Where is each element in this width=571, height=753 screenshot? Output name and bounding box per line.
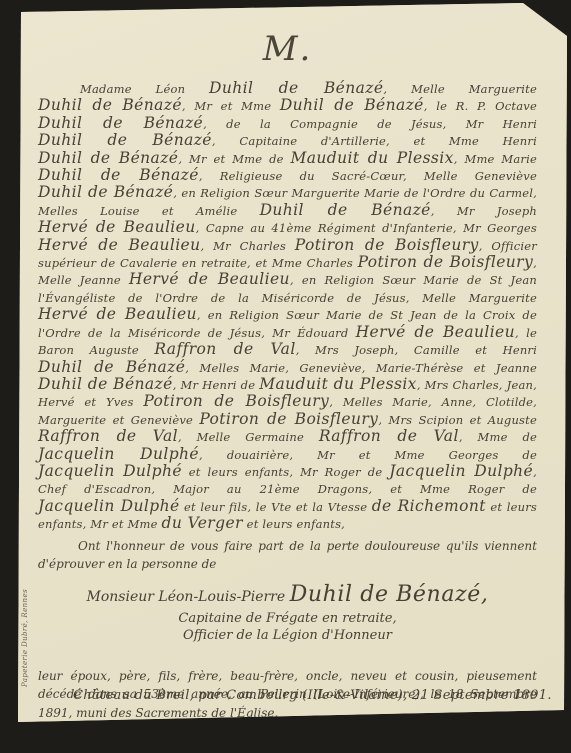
prayer-line: Priez pour lui ! <box>38 726 537 753</box>
dateline: Château du Breil, par Combourg (Ille-&-V… <box>73 688 552 703</box>
printer-mark: Papeterie Dubré, Rennes <box>21 589 29 687</box>
mourning-announcement-card: M. Madame Léon Duhil de Bénazé, Melle Ma… <box>18 3 567 725</box>
deceased-name: Duhil de Bénazé, <box>290 582 489 607</box>
deceased-name-line: Monsieur Léon-Louis-Pierre Duhil de Béna… <box>38 582 537 610</box>
addressee-monogram: M. <box>38 29 537 75</box>
deceased-honor: Officier de la Légion d'Honneur <box>38 627 537 644</box>
relatives-paragraph: Madame Léon Duhil de Bénazé, Melle Margu… <box>38 81 537 534</box>
deceased-title-prefix: Monsieur Léon-Louis-Pierre <box>87 589 290 605</box>
deceased-block: Monsieur Léon-Louis-Pierre Duhil de Béna… <box>38 582 537 644</box>
photo-background: M. Madame Léon Duhil de Bénazé, Melle Ma… <box>0 0 571 753</box>
card-content: M. Madame Léon Duhil de Bénazé, Melle Ma… <box>38 29 537 753</box>
announcement-line: Ont l'honneur de vous faire part de la p… <box>38 537 537 573</box>
deceased-rank: Capitaine de Frégate en retraite, <box>38 610 537 627</box>
